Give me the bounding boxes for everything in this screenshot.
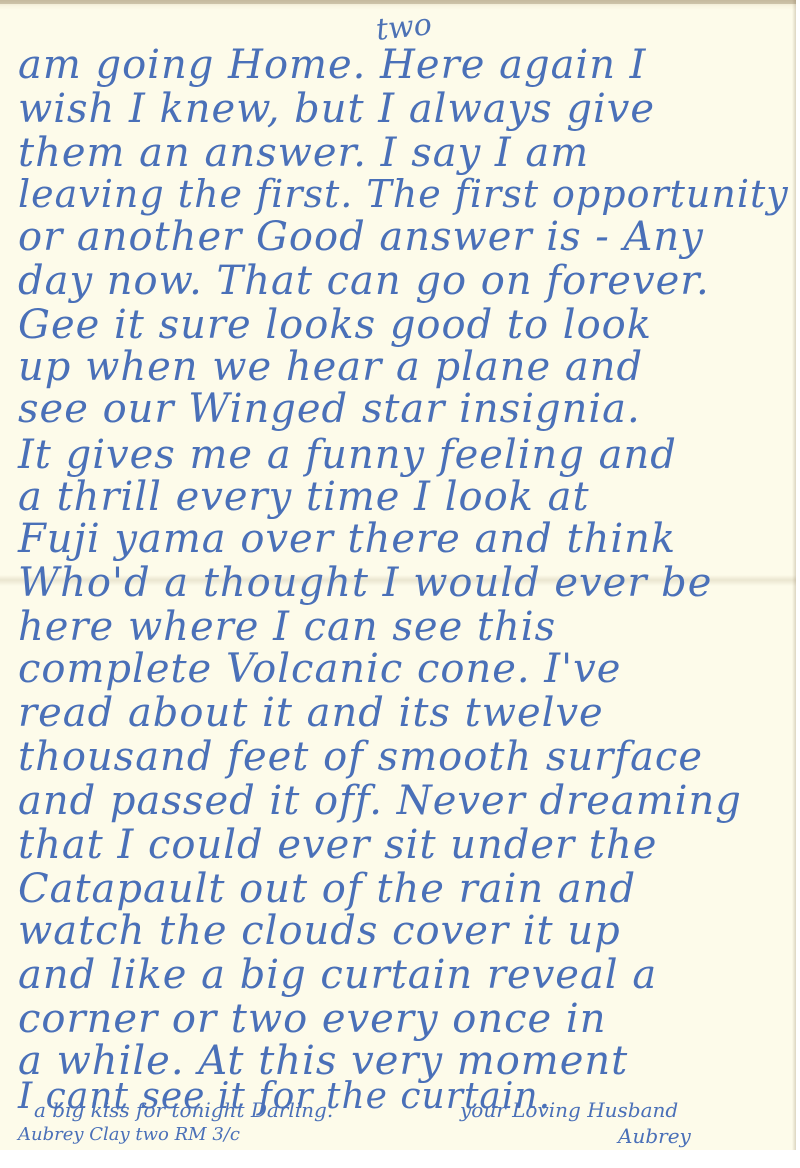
- letter-line: Catapault out of the rain and: [18, 866, 636, 912]
- letter-line: Who'd a thought I would ever be: [18, 560, 712, 606]
- letter-line: them an answer. I say I am: [18, 130, 589, 176]
- letter-page: two am going Home. Here again I wish I k…: [0, 0, 796, 1150]
- letter-line: read about it and its twelve: [18, 690, 604, 736]
- letter-line: Gee it sure looks good to look: [18, 302, 652, 348]
- letter-line: see our Winged star insignia.: [18, 386, 641, 432]
- letter-line: and passed it off. Never dreaming: [18, 778, 742, 824]
- letter-line: corner or two every once in: [18, 996, 606, 1042]
- letter-line: thousand feet of smooth surface: [18, 734, 703, 780]
- signature: Aubrey: [618, 1124, 691, 1148]
- letter-line: up when we hear a plane and: [18, 344, 643, 390]
- paper-edge-shadow: [792, 0, 796, 1150]
- letter-line: or another Good answer is - Any: [18, 214, 704, 260]
- letter-line: watch the clouds cover it up: [18, 908, 621, 954]
- valediction: your Loving Husband: [460, 1098, 678, 1122]
- letter-line: leaving the first. The first opportunity: [18, 172, 789, 216]
- letter-line: day now. That can go on forever.: [18, 258, 710, 304]
- letter-line: complete Volcanic cone. I've: [18, 646, 621, 692]
- paper-top-edge: [0, 0, 796, 4]
- letter-line: and like a big curtain reveal a: [18, 952, 657, 998]
- letter-line: here where I can see this: [18, 604, 556, 650]
- letter-line: wish I knew, but I always give: [18, 86, 655, 132]
- sender-line: Aubrey Clay two RM 3/c: [18, 1124, 240, 1145]
- letter-line: am going Home. Here again I: [18, 42, 646, 88]
- closing-kiss-line: a big kiss for tonight Darling.: [34, 1098, 333, 1122]
- letter-line: Fuji yama over there and think: [18, 516, 676, 562]
- letter-line: that I could ever sit under the: [18, 822, 657, 868]
- letter-line: a thrill every time I look at: [18, 474, 590, 520]
- letter-line: It gives me a funny feeling and: [18, 432, 677, 478]
